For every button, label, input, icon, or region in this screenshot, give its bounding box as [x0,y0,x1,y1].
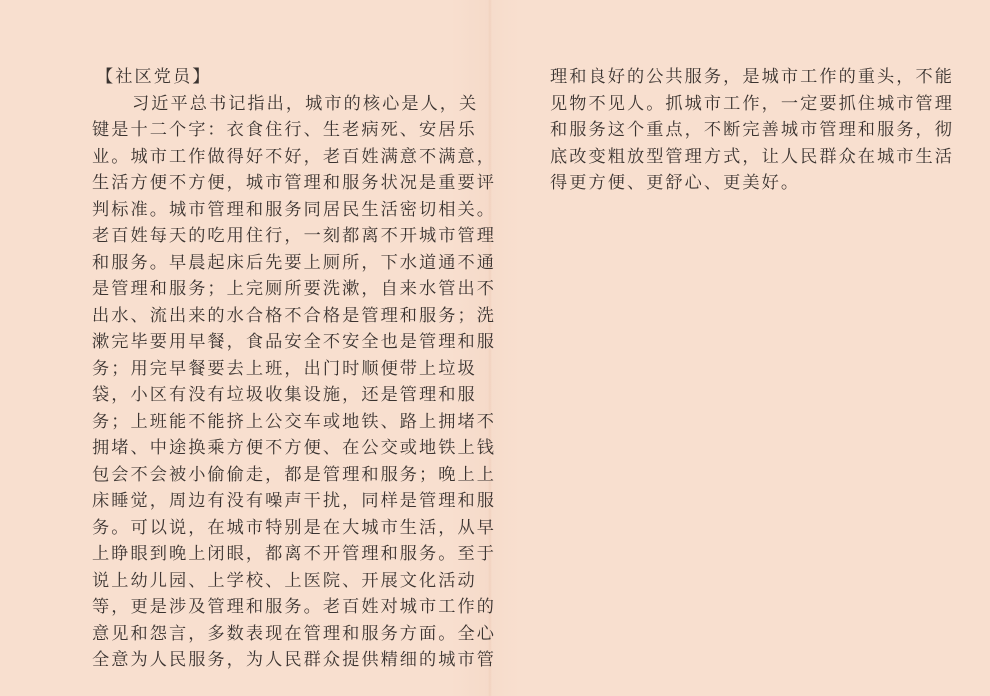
text-line: 老百姓每天的吃用住行，一刻都离不开城市管理 [52,223,466,250]
text-line: 是管理和服务；上完厕所要洗漱，自来水管出不 [52,276,466,303]
text-line: 务；用完早餐要去上班，出门时顺便带上垃圾 [52,356,466,383]
text-line: 见物不见人。抓城市工作，一定要抓住城市管理 [550,91,946,118]
paragraph-body: 习近平总书记指出，城市的核心是人，关 键是十二个字：衣食住行、生老病死、安居乐 … [52,91,466,674]
text-line: 包会不会被小偷偷走，都是管理和服务；晚上上 [52,462,466,489]
text-line: 理和良好的公共服务，是城市工作的重头，不能 [550,64,946,91]
text-line: 床睡觉，周边有没有噪声干扰，同样是管理和服 [52,488,466,515]
text-line: 说上幼儿园、上学校、上医院、开展文化活动 [52,568,466,595]
text-line: 得更方便、更舒心、更美好。 [550,170,946,197]
text-line: 判标准。城市管理和服务同居民生活密切相关。 [52,197,466,224]
text-line: 全意为人民服务，为人民群众提供精细的城市管 [52,647,466,674]
text-line: 等，更是涉及管理和服务。老百姓对城市工作的 [52,594,466,621]
text-line: 习近平总书记指出，城市的核心是人，关 [52,91,466,118]
text-line: 上睁眼到晚上闭眼，都离不开管理和服务。至于 [52,541,466,568]
section-tag: 【社区党员】 [52,64,466,91]
text-line: 和服务这个重点，不断完善城市管理和服务，彻 [550,117,946,144]
right-page-text: 理和良好的公共服务，是城市工作的重头，不能 见物不见人。抓城市工作，一定要抓住城… [550,64,946,197]
text-line: 务；上班能不能挤上公交车或地铁、路上拥堵不 [52,409,466,436]
text-line: 业。城市工作做得好不好，老百姓满意不满意， [52,144,466,171]
text-line: 和服务。早晨起床后先要上厕所，下水道通不通 [52,250,466,277]
text-line: 底改变粗放型管理方式，让人民群众在城市生活 [550,144,946,171]
left-page-text: 【社区党员】 习近平总书记指出，城市的核心是人，关 键是十二个字：衣食住行、生老… [52,64,466,674]
text-line: 出水、流出来的水合格不合格是管理和服务；洗 [52,303,466,330]
text-line: 务。可以说，在城市特别是在大城市生活，从早 [52,515,466,542]
text-line: 意见和怨言，多数表现在管理和服务方面。全心 [52,621,466,648]
text-line: 拥堵、中途换乘方便不方便、在公交或地铁上钱 [52,435,466,462]
text-line: 袋，小区有没有垃圾收集设施，还是管理和服 [52,382,466,409]
text-line: 生活方便不方便，城市管理和服务状况是重要评 [52,170,466,197]
paragraph-continuation: 理和良好的公共服务，是城市工作的重头，不能 见物不见人。抓城市工作，一定要抓住城… [550,64,946,197]
text-line: 键是十二个字：衣食住行、生老病死、安居乐 [52,117,466,144]
text-line: 漱完毕要用早餐，食品安全不安全也是管理和服 [52,329,466,356]
